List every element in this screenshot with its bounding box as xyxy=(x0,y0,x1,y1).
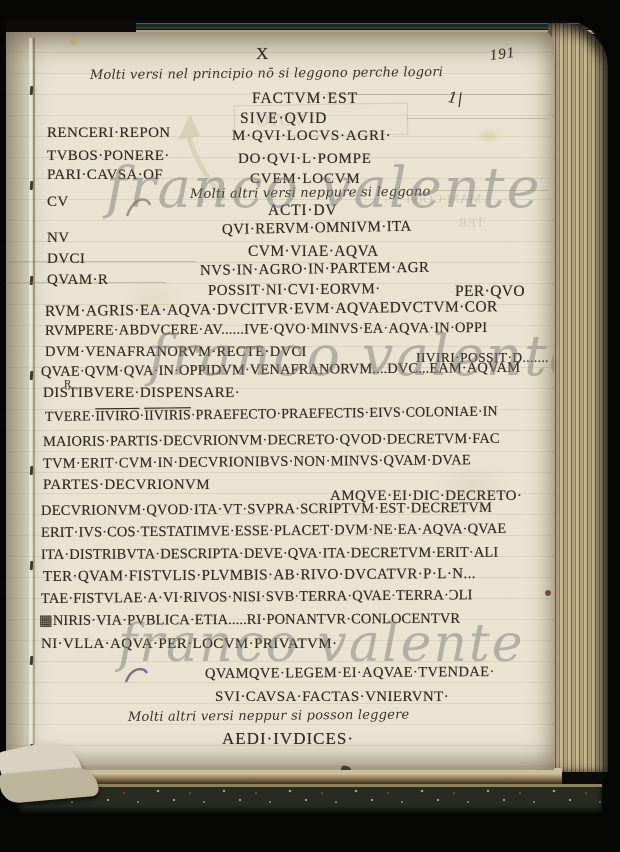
marbled-cover-edge xyxy=(16,784,602,814)
scribe-note-top: Molti versi nel principio nō si leggono … xyxy=(90,65,443,83)
binding-stitch xyxy=(30,561,34,570)
stain xyxy=(70,38,77,45)
text-line: NVS·IN·AGRO·IN·PARTEM·AGR xyxy=(200,260,430,280)
binding-stitch xyxy=(30,656,34,665)
ruled-line xyxy=(326,94,548,95)
text-line: ERIT·IVS·COS·TESTATIMVE·ESSE·PLACET·DVM·… xyxy=(41,521,506,542)
text-line: RENCERI·REPON xyxy=(47,125,171,142)
pen-mark: 1| xyxy=(447,88,464,108)
text-line: TVM·ERIT·CVM·IN·DECVRIONIBVS·NON·MINVS·Q… xyxy=(43,452,471,473)
text-line: AEDI·IVDICES· xyxy=(222,729,354,749)
text-line: TER·QVAM·FISTVLIS·PLVMBIS·AB·RIVO·DVCATV… xyxy=(43,566,476,586)
ruled-line xyxy=(6,261,196,262)
text-line: QVAM·R xyxy=(47,272,108,289)
text-line: SVI·CAVSA·FACTAS·VNIERVNT· xyxy=(215,689,449,706)
watermark: franco valente xyxy=(118,614,525,674)
watermark: franco valente xyxy=(148,324,554,389)
text-part: ·PRAEFECTO·PRAEFECTIS·EIVS·COLONIAE·IN xyxy=(191,404,498,423)
text-line: ITA·DISTRIBVTA·DESCRIPTA·DEVE·QVA·ITA·DE… xyxy=(41,545,498,564)
folio-number: 191 xyxy=(489,45,516,65)
text-line: M·QVI·LOCVS·AGRI· xyxy=(232,128,391,145)
manuscript-page: VOTO MAM·CONT TER xyxy=(6,32,554,770)
binding-stitch xyxy=(30,371,34,380)
watermark: franco valente xyxy=(106,156,542,221)
text-part: TVERE· xyxy=(45,409,96,425)
binding-stitch xyxy=(30,276,34,285)
section-heading: X xyxy=(256,44,269,64)
stain xyxy=(545,590,551,596)
scribe-note-bottom: Molti altri versi neppur si posson legge… xyxy=(128,708,409,725)
text-line: POSSIT·NI·CVI·EORVM· xyxy=(208,281,381,300)
text-line: CVM·VIAE·AQVA xyxy=(248,243,379,261)
text-line: RVM·AGRIS·EA·AQVA·DVCITVR·EVM·AQVAEDVCTV… xyxy=(45,298,498,321)
manuscript-photo: VOTO MAM·CONT TER xyxy=(0,0,620,852)
text-line: SIVE·QVID xyxy=(240,110,327,128)
text-line: PARTES·DECVRIONVM xyxy=(43,477,210,494)
text-line: TVERE·IIVIRO·IIVIRIS·PRAEFECTO·PRAEFECTI… xyxy=(45,404,498,426)
text-line: MAIORIS·PARTIS·DECVRIONVM·DECRETO·QVOD·D… xyxy=(43,431,500,451)
binding-stitch xyxy=(30,466,34,475)
book-fore-edge-pages xyxy=(548,23,608,772)
text-line: DVCI xyxy=(47,251,85,268)
ruled-line xyxy=(406,118,548,119)
ink-blot xyxy=(340,765,352,770)
text-line: TAE·FISTVLAE·A·VI·RIVOS·NISI·SVB·TERRA·Q… xyxy=(41,587,473,608)
binding-stitch xyxy=(30,86,34,95)
binding-stitch xyxy=(30,181,34,190)
text-line: QVI·RERVM·OMNIVM·ITA xyxy=(222,219,412,239)
iivir-overlined: IIVIRO xyxy=(95,409,139,425)
iivir-overlined: IIVIRIS xyxy=(144,408,191,424)
text-line: FACTVM·EST xyxy=(252,90,358,108)
gutter-crease xyxy=(33,38,35,766)
text-line: DECVRIONVM·QVOD·ITA·VT·SVPRA·SCRIPTVM·ES… xyxy=(41,500,492,520)
text-line: NV xyxy=(47,230,69,247)
book-block: VOTO MAM·CONT TER xyxy=(6,20,608,784)
stain xyxy=(476,128,502,144)
text-line: CV xyxy=(47,194,69,211)
